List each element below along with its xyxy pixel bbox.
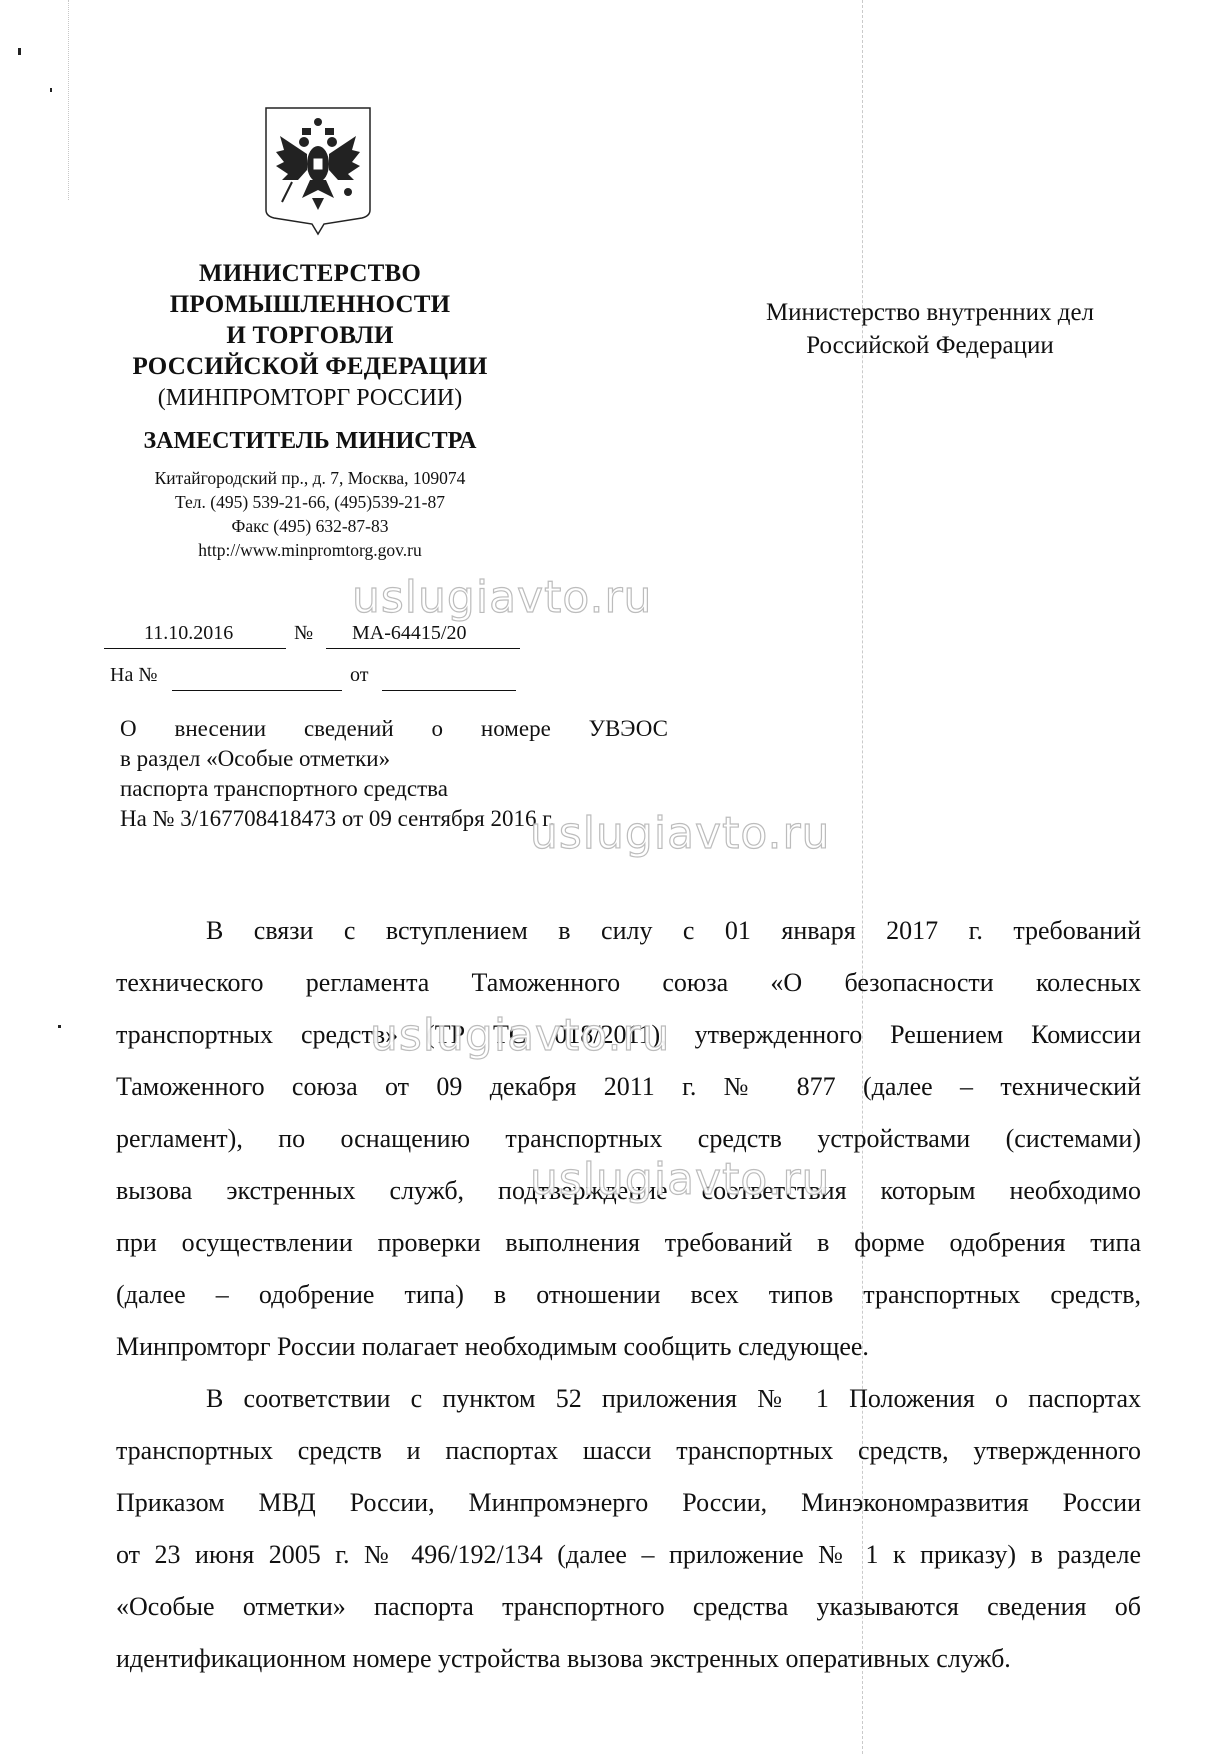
reference-row: На № от (110, 664, 550, 694)
subject-line: в раздел «Особые отметки» (120, 744, 668, 774)
reference-number-field (172, 664, 342, 691)
fax: Факс (495) 632-87-83 (100, 514, 520, 538)
ministry-name-line: МИНИСТЕРСТВО (100, 258, 520, 289)
phone: Тел. (495) 539-21-66, (495)539-21-87 (100, 490, 520, 514)
body-line: Таможенного союза от 09 декабря 2011 г. … (116, 1061, 1141, 1113)
reference-date-label: от (350, 664, 368, 687)
letter-body: В связи с вступлением в силу с 01 января… (116, 905, 1141, 1685)
registration-row: 11.10.2016 № МА-64415/20 (104, 622, 544, 652)
ministry-name-line: И ТОРГОВЛИ (100, 320, 520, 351)
body-paragraph: В соответствии с пунктом 52 приложения №… (116, 1373, 1141, 1685)
reference-number-label: На № (110, 664, 157, 687)
body-line: при осуществлении проверки выполнения тр… (116, 1217, 1141, 1269)
body-line: от 23 июня 2005 г. № 496/192/134 (далее … (116, 1529, 1141, 1581)
recipient-line: Министерство внутренних дел (720, 296, 1140, 329)
body-line: регламент), по оснащению транспортных ср… (116, 1113, 1141, 1165)
watermark: uslugiavto.ru (352, 572, 652, 623)
ministry-abbreviation: (МИНПРОМТОРГ РОССИИ) (100, 382, 520, 414)
recipient-block: Министерство внутренних дел Российской Ф… (720, 296, 1140, 362)
signatory-position: ЗАМЕСТИТЕЛЬ МИНИСТРА (100, 426, 520, 456)
document-number: МА-64415/20 (352, 622, 466, 645)
scan-speck (58, 1025, 61, 1028)
body-line: В связи с вступлением в силу с 01 января… (116, 905, 1141, 957)
ministry-name-line: РОССИЙСКОЙ ФЕДЕРАЦИИ (100, 351, 520, 382)
recipient-line: Российской Федерации (720, 329, 1140, 362)
body-line: В соответствии с пунктом 52 приложения №… (116, 1373, 1141, 1425)
document-date: 11.10.2016 (144, 622, 233, 645)
reference-date-field (382, 664, 516, 691)
subject-line: О внесении сведений о номере УВЭОС (120, 714, 668, 744)
body-line: Минпромторг России полагает необходимым … (116, 1321, 1141, 1373)
russian-coat-of-arms-icon (262, 106, 374, 238)
website-link[interactable]: http://www.minpromtorg.gov.ru (100, 538, 520, 562)
scan-edge-dots (68, 0, 69, 200)
scan-speck (50, 88, 52, 92)
body-line: «Особые отметки» паспорта транспортного … (116, 1581, 1141, 1633)
address: Китайгородский пр., д. 7, Москва, 109074 (100, 466, 520, 490)
scan-speck (18, 48, 21, 55)
body-line: вызова экстренных служб, подтверждение с… (116, 1165, 1141, 1217)
ministry-name-line: ПРОМЫШЛЕННОСТИ (100, 289, 520, 320)
body-line: (далее – одобрение типа) в отношении все… (116, 1269, 1141, 1321)
number-label: № (294, 622, 313, 645)
subject-line: На № 3/167708418473 от 09 сентября 2016 … (120, 804, 668, 834)
body-line: Приказом МВД России, Минпромэнерго Росси… (116, 1477, 1141, 1529)
body-line: транспортных средств» (ТР ТС 018/2011), … (116, 1009, 1141, 1061)
body-line: идентификационном номере устройства вызо… (116, 1633, 1141, 1685)
ministry-letterhead: МИНИСТЕРСТВО ПРОМЫШЛЕННОСТИ И ТОРГОВЛИ Р… (100, 258, 520, 562)
body-line: технического регламента Таможенного союз… (116, 957, 1141, 1009)
body-paragraph: В связи с вступлением в силу с 01 января… (116, 905, 1141, 1373)
body-line: транспортных средств и паспортах шасси т… (116, 1425, 1141, 1477)
subject-line: паспорта транспортного средства (120, 774, 668, 804)
letter-subject: О внесении сведений о номере УВЭОС в раз… (120, 714, 668, 834)
